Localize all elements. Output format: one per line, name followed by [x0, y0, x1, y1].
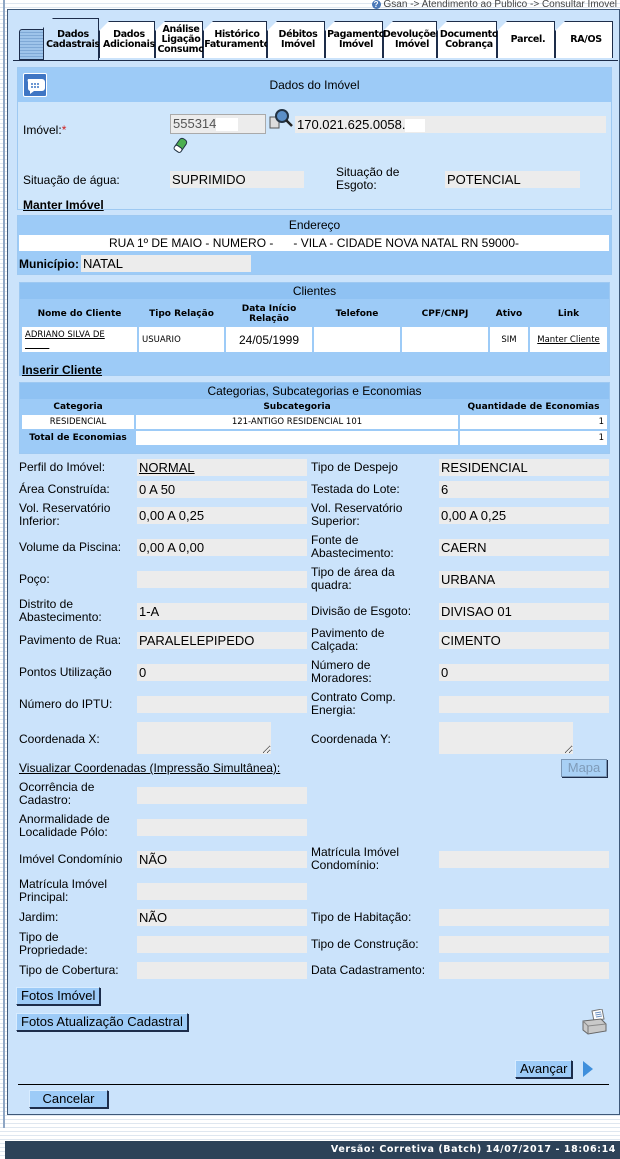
col-data: Data InícioRelação — [226, 303, 312, 325]
tab-parcelamento[interactable]: Parcel. — [497, 21, 555, 58]
help-icon[interactable]: ? — [372, 0, 381, 9]
col-ativo: Ativo — [490, 303, 528, 325]
despejo-label: Tipo de Despejo — [311, 461, 398, 474]
categoria-cell: RESIDENCIAL — [22, 415, 134, 429]
pav-calcada-field: CIMENTO — [439, 632, 609, 649]
pav-rua-label: Pavimento de Rua: — [19, 634, 121, 647]
vol-inf-label: Vol. Reservatório Inferior: — [19, 502, 131, 528]
categorias-title: Categorias, Subcategorias e Economias — [20, 383, 609, 399]
jardim-label: Jardim: — [19, 911, 58, 924]
printer-icon[interactable] — [580, 1009, 608, 1035]
col-subcategoria: Subcategoria — [136, 401, 458, 413]
construcao-field — [439, 936, 609, 953]
total-label: Total de Economias — [22, 431, 134, 445]
redacted-mask — [216, 118, 238, 131]
col-tipo: Tipo Relação — [139, 303, 224, 325]
manter-cliente-link[interactable]: Manter Cliente — [530, 327, 607, 352]
tab-dados-cadastrais[interactable]: DadosCadastrais — [43, 18, 99, 60]
propriedade-label: Tipo de Propriedade: — [19, 931, 119, 957]
anormalidade-field — [137, 819, 307, 836]
habitacao-label: Tipo de Habitação: — [311, 911, 411, 924]
redacted-mask — [405, 119, 425, 132]
eraser-icon[interactable] — [172, 137, 188, 155]
testada-field: 6 — [439, 481, 609, 498]
municipio-field: NATAL — [81, 255, 251, 272]
fonte-label: Fonte de Abastecimento: — [311, 534, 423, 560]
situacao-agua-field: SUPRIMIDO — [170, 171, 304, 188]
total-row: Total de Economias 1 — [22, 431, 607, 445]
categorias-table: Categoria Subcategoria Quantidade de Eco… — [20, 399, 609, 447]
divisao-label: Divisão de Esgoto: — [311, 605, 411, 618]
clientes-table: Nome do Cliente Tipo Relação Data Início… — [20, 301, 609, 354]
version-footer: Versão: Corretiva (Batch) 14/07/2017 - 1… — [5, 1141, 620, 1159]
divisao-field: DIVISAO 01 — [439, 603, 609, 620]
pontos-field: 0 — [137, 664, 307, 681]
chat-icon[interactable] — [23, 73, 47, 97]
cancelar-button[interactable]: Cancelar — [29, 1090, 108, 1108]
cliente-data-cell: 24/05/1999 — [226, 327, 312, 352]
poco-label: Poço: — [19, 573, 50, 586]
fotos-imovel-button[interactable]: Fotos Imóvel — [16, 987, 100, 1005]
piscina-field: 0,00 A 0,00 — [137, 539, 307, 556]
total-value: 1 — [460, 431, 607, 445]
clientes-title: Clientes — [20, 283, 609, 299]
visualizar-coordenadas-link[interactable]: Visualizar Coordenadas (Impressão Simult… — [19, 762, 280, 775]
imovel-label: Imóvel:* — [23, 124, 66, 137]
coord-x-label: Coordenada X: — [19, 733, 100, 746]
col-telefone: Telefone — [314, 303, 400, 325]
tab-debitos-imovel[interactable]: DébitosImóvel — [267, 21, 325, 58]
data-cadastramento-label: Data Cadastramento: — [311, 964, 425, 977]
quantidade-cell: 1 — [460, 415, 607, 429]
col-link: Link — [530, 303, 607, 325]
col-categoria: Categoria — [22, 401, 134, 413]
cliente-cpf-cell — [402, 327, 488, 352]
jardim-field: NÃO — [137, 909, 307, 926]
habitacao-field — [439, 909, 609, 926]
footer-divider — [18, 1084, 609, 1085]
vol-inf-field: 0,00 A 0,25 — [137, 507, 307, 524]
moradores-field: 0 — [439, 664, 609, 681]
cliente-nome-cell[interactable]: ADRIANO SILVA DE — [22, 327, 137, 352]
area-label: Área Construída: — [19, 483, 110, 496]
cobertura-label: Tipo de Cobertura: — [19, 964, 119, 977]
col-quantidade: Quantidade de Economias — [460, 401, 607, 413]
tab-bar: DadosCadastrais DadosAdicionais AnáliseL… — [13, 15, 618, 61]
ocorrencia-field — [137, 787, 307, 804]
cliente-telefone-cell — [314, 327, 400, 352]
tab-pagamento-imovel[interactable]: PagamentoImóvel — [325, 21, 383, 58]
coord-y-label: Coordenada Y: — [311, 733, 391, 746]
contrato-label: Contrato Comp. Energia: — [311, 691, 423, 717]
condominio-field: NÃO — [137, 851, 307, 868]
avancar-button[interactable]: Avançar — [515, 1060, 572, 1078]
moradores-label: Número de Moradores: — [311, 659, 411, 685]
mapa-button[interactable]: Mapa — [561, 759, 607, 777]
area-quadra-label: Tipo de área da quadra: — [311, 566, 423, 592]
pav-calcada-label: Pavimento de Calçada: — [311, 627, 411, 653]
iptu-label: Número do IPTU: — [19, 698, 112, 711]
mat-condominio-field — [439, 851, 609, 868]
construcao-label: Tipo de Construção: — [311, 938, 419, 951]
mat-condominio-label: Matrícula Imóvel Condomínio: — [311, 846, 423, 872]
inscricao-field: 170.021.625.0058. — [295, 116, 606, 133]
situacao-agua-label: Situação de água: — [23, 174, 120, 187]
tab-bar-baseline — [13, 60, 618, 61]
clientes-panel: Clientes Nome do Cliente Tipo Relação Da… — [19, 282, 610, 376]
matricula-field[interactable]: 555314 — [170, 114, 266, 134]
search-icon[interactable] — [269, 108, 293, 132]
main-frame: DadosCadastrais DadosAdicionais AnáliseL… — [7, 9, 620, 1115]
inserir-cliente-link[interactable]: Inserir Cliente — [22, 364, 102, 377]
testada-label: Testada do Lote: — [311, 483, 400, 496]
arrow-right-icon[interactable] — [582, 1060, 594, 1078]
subcategoria-cell: 121-ANTIGO RESIDENCIAL 101 — [136, 415, 458, 429]
tab-historico-faturamento[interactable]: HistóricoFaturamento — [203, 21, 267, 58]
cobertura-field — [137, 962, 307, 979]
tab-documento-cobranca[interactable]: DocumentoCobrança — [437, 21, 497, 58]
pontos-label: Pontos Utilização — [19, 666, 112, 679]
tab-analise-ligacao-consumo[interactable]: AnáliseLigaçãoConsumo — [155, 21, 203, 58]
manter-imovel-link[interactable]: Manter Imóvel — [23, 199, 104, 212]
vol-sup-field: 0,00 A 0,25 — [439, 507, 609, 524]
fotos-atualizacao-button[interactable]: Fotos Atualização Cadastral — [16, 1013, 188, 1031]
endereco-title: Endereço — [18, 216, 611, 232]
dados-imovel-title: Dados do Imóvel — [269, 78, 359, 92]
situacao-esgoto-field: POTENCIAL — [445, 171, 580, 188]
col-cpf: CPF/CNPJ — [402, 303, 488, 325]
area-field: 0 A 50 — [137, 481, 307, 498]
data-cadastramento-field — [439, 962, 609, 979]
coord-y-field[interactable] — [439, 722, 573, 754]
coord-x-field[interactable] — [137, 722, 271, 754]
total-empty-cell — [136, 431, 458, 445]
dados-imovel-header: Dados do Imóvel — [18, 68, 611, 102]
piscina-label: Volume da Piscina: — [19, 541, 121, 554]
tab-devolucoes-imovel[interactable]: DevoluçõesImóvel — [383, 21, 437, 58]
table-row: RESIDENCIAL 121-ANTIGO RESIDENCIAL 101 1 — [22, 415, 607, 429]
perfil-label: Perfil do Imóvel: — [19, 461, 105, 474]
mat-principal-field — [137, 883, 307, 900]
propriedade-field — [137, 936, 307, 953]
poco-field — [137, 571, 307, 588]
vol-sup-label: Vol. Reservatório Superior: — [311, 502, 423, 528]
condominio-label: Imóvel Condomínio — [19, 853, 122, 866]
distrito-label: Distrito de Abastecimento: — [19, 598, 131, 624]
tab-ra-os[interactable]: RA/OS — [555, 21, 613, 58]
perfil-field[interactable]: NORMAL — [137, 459, 307, 476]
despejo-field: RESIDENCIAL — [439, 459, 609, 476]
col-nome: Nome do Cliente — [22, 303, 137, 325]
categorias-panel: Categorias, Subcategorias e Economias Ca… — [19, 382, 610, 454]
endereco-panel: Endereço RUA 1º DE MAIO - NUMERO - - VIL… — [17, 215, 612, 275]
contrato-field — [439, 696, 609, 713]
tab-dados-adicionais[interactable]: DadosAdicionais — [99, 21, 155, 58]
address-text: RUA 1º DE MAIO - NUMERO - - VILA - CIDAD… — [19, 235, 609, 251]
fonte-field: CAERN — [439, 539, 609, 556]
cliente-tipo-cell: USUARIO — [139, 327, 224, 352]
municipio-label: Município: — [19, 258, 79, 271]
area-quadra-field: URBANA — [439, 571, 609, 588]
dados-imovel-panel: Dados do Imóvel Imóvel:* 555314 170.021.… — [17, 67, 612, 210]
table-row: ADRIANO SILVA DE USUARIO 24/05/1999 SIM … — [22, 327, 607, 352]
situacao-esgoto-label: Situação de Esgoto: — [336, 166, 416, 192]
page-left-rule — [3, 0, 5, 1128]
iptu-field — [137, 696, 307, 713]
mat-principal-label: Matrícula Imóvel Principal: — [19, 878, 131, 904]
pav-rua-field: PARALELEPIPEDO — [137, 632, 307, 649]
cliente-ativo-cell: SIM — [490, 327, 528, 352]
anormalidade-label: Anormalidade de Localidade Pólo: — [19, 813, 131, 839]
distrito-field: 1-A — [137, 603, 307, 620]
ocorrencia-label: Ocorrência de Cadastro: — [19, 781, 131, 807]
